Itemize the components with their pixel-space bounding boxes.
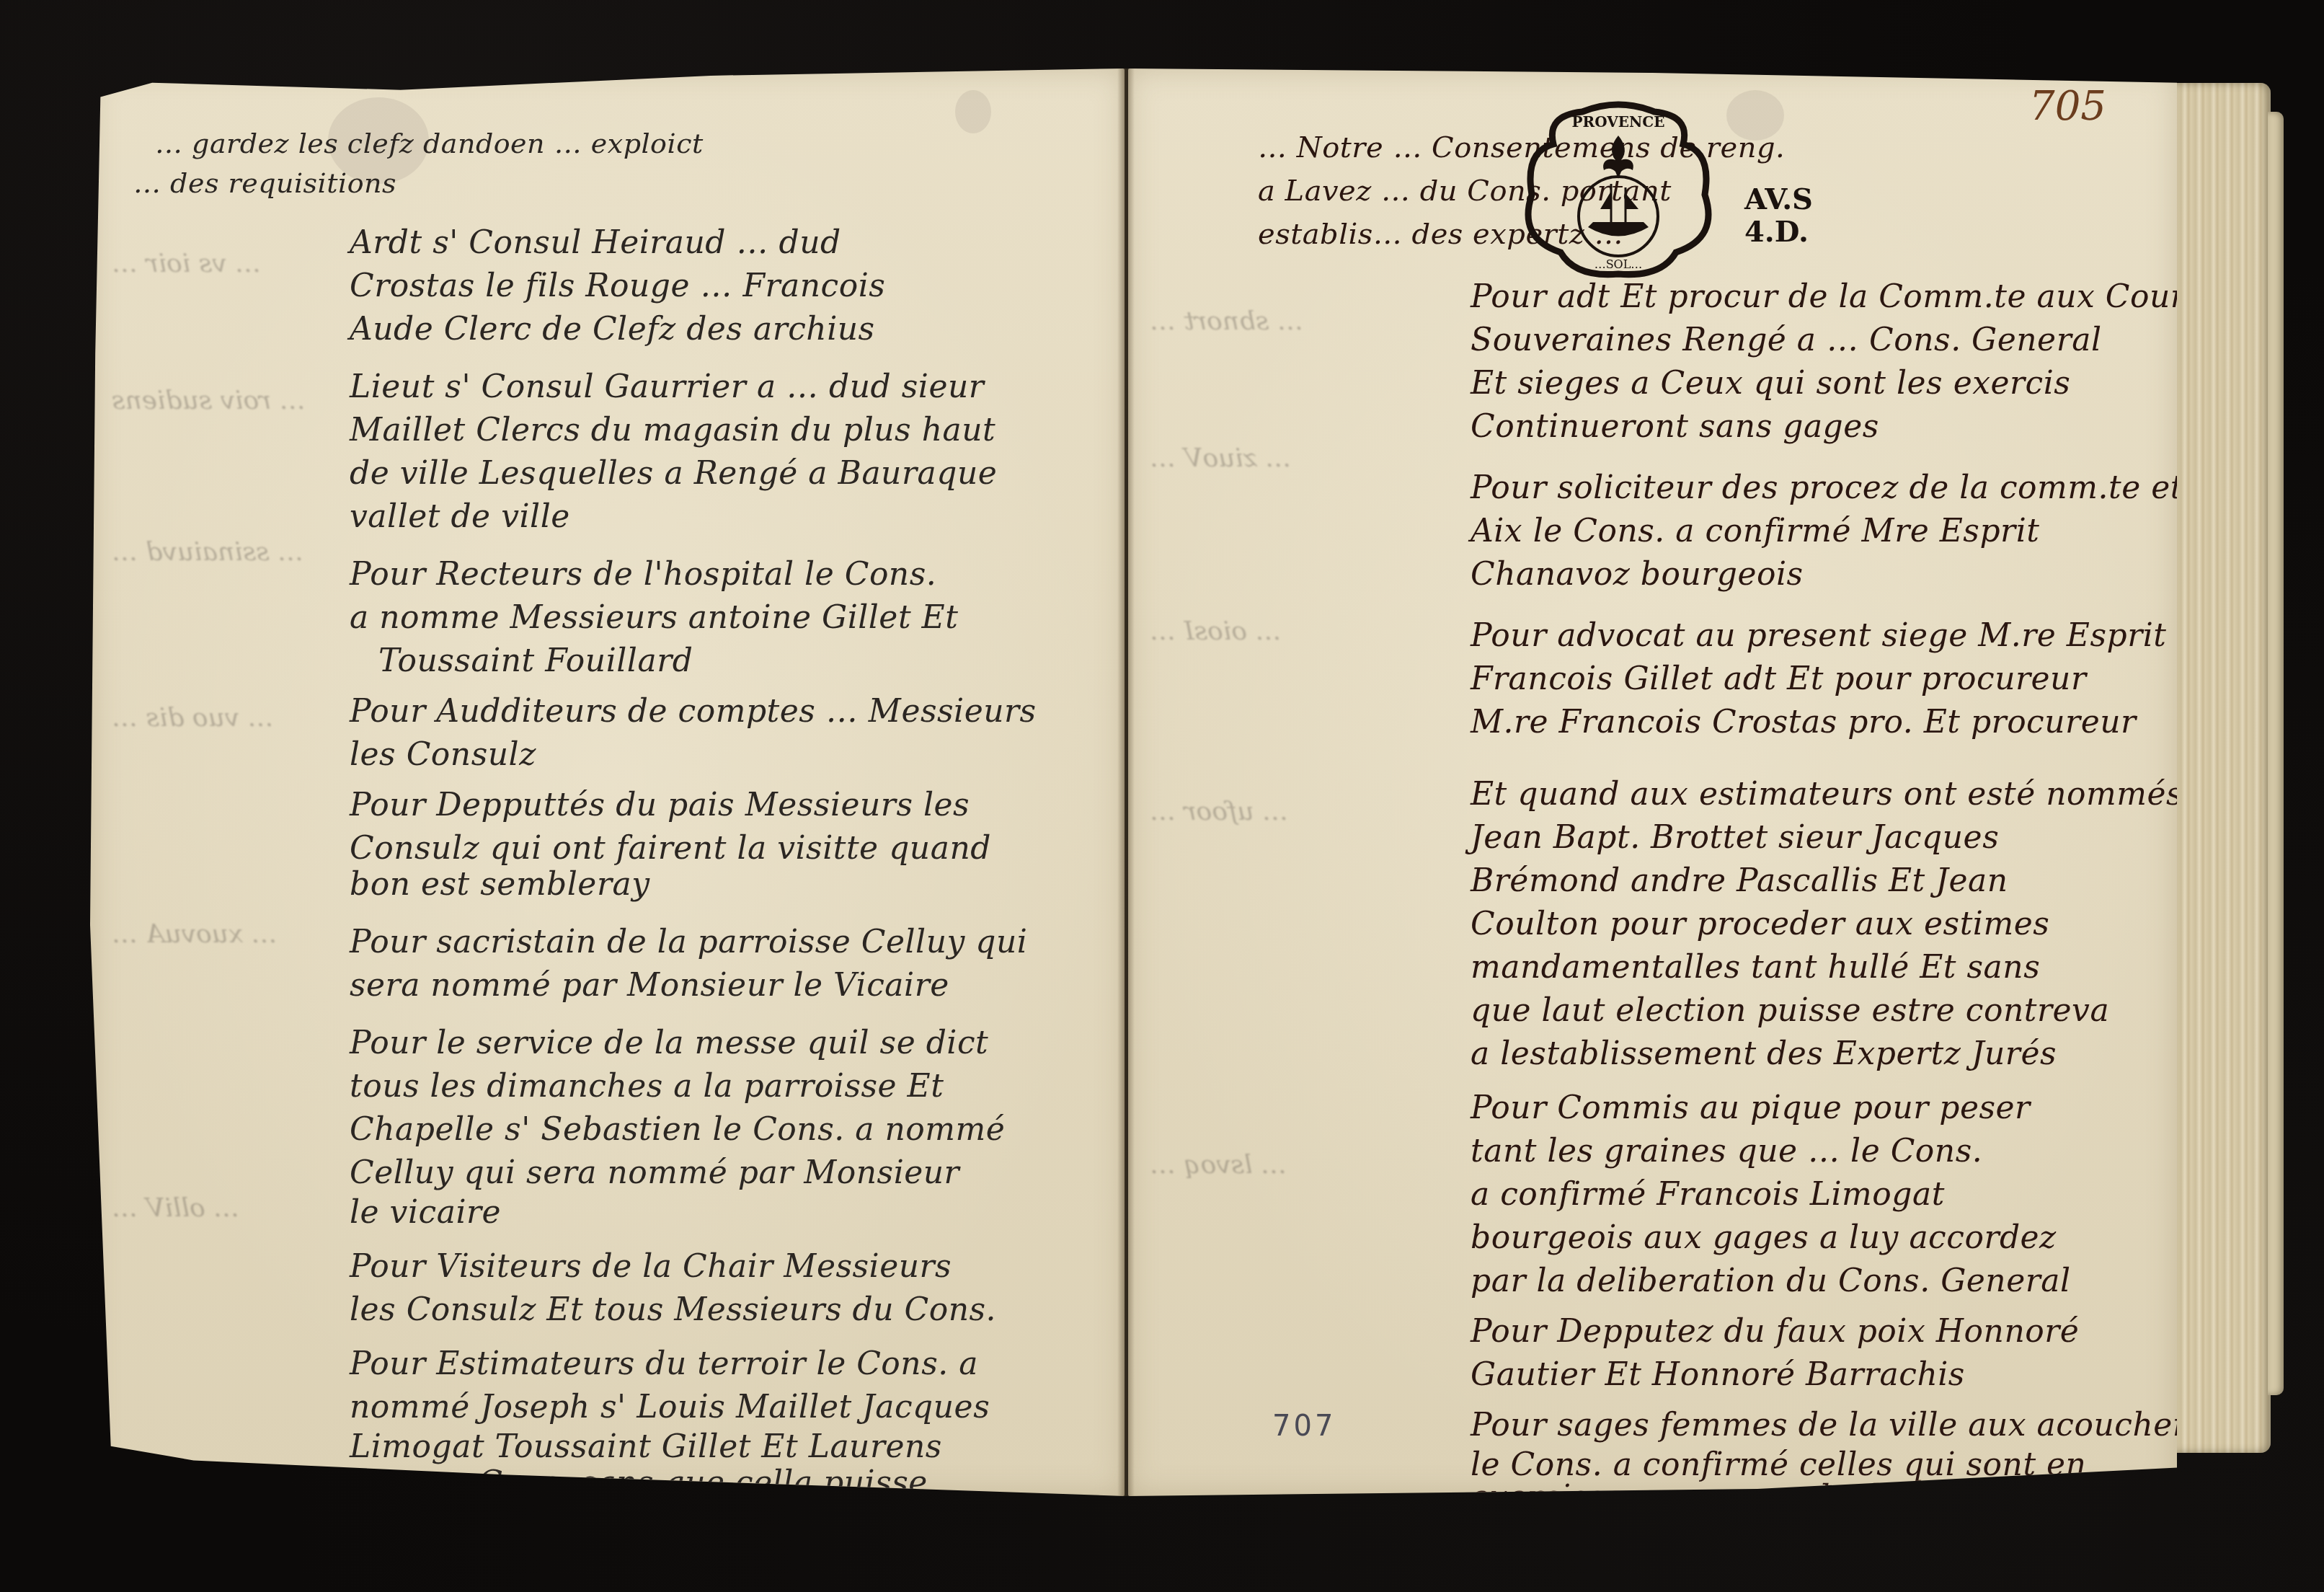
text-line: Pour Recteurs de l'hospital le Cons.	[350, 559, 936, 591]
text-line: Pour sages femmes de la ville aux acouch…	[1471, 1410, 2214, 1441]
text-line: Aude Clerc de Clefz des archius	[350, 314, 875, 345]
svg-text:…SOL…: …SOL…	[1595, 257, 1643, 271]
pencil-folio-number: 707	[1272, 1410, 1336, 1443]
text-line: Maillet Clercs du magasin du plus haut	[350, 415, 995, 446]
text-line: tant les graines que … le Cons.	[1471, 1136, 1982, 1167]
open-register-book: … vs ioir … … roiv sudiens … ssinaiuvd ……	[90, 68, 2271, 1496]
text-line: Pour Depputez du faux poix Honnoré	[1471, 1316, 2079, 1348]
bleed-text: … ufoor …	[1150, 797, 1288, 826]
bleed-text: … roiv sudiens	[112, 386, 306, 415]
text-line: bourgeois aux gages a luy accordez	[1471, 1222, 2057, 1254]
folio-number: 705	[2029, 83, 2106, 130]
text-line: Pour le service de la messe quil se dict	[350, 1027, 988, 1059]
left-page: … vs ioir … … roiv sudiens … ssinaiuvd ……	[90, 68, 1125, 1496]
text-line: Gautier Et Honnoré Barrachis	[1471, 1359, 1965, 1391]
text-line: Pour advocat au present siege M.re Espri…	[1471, 620, 2167, 652]
page-stack-edge	[2177, 83, 2271, 1453]
text-line: par la deliberation du Cons. General	[1471, 1265, 2071, 1297]
bleed-text: … vuo dis …	[112, 703, 274, 733]
paper-stain	[955, 90, 991, 133]
text-line: Arnoux Cons. sans que cella puisse	[350, 1467, 928, 1499]
text-line: Pour adt Et procur de la Comm.te aux Cou…	[1471, 281, 2202, 313]
text-line: mandamentalles tant hullé Et sans	[1471, 952, 2040, 983]
text-line: a nomme Messieurs antoine Gillet Et	[350, 602, 958, 634]
stamp-seal-icon: PROVENCE …SOL…	[1503, 101, 1734, 281]
text-line: tous les dimanches a la parroisse Et	[350, 1071, 944, 1102]
text-line: Francois Gillet adt Et pour procureur	[1471, 663, 2086, 695]
text-line: Pour Commis au pique pour peser	[1471, 1092, 2031, 1124]
text-line: nommé Joseph s' Louis Maillet Jacques	[350, 1392, 990, 1423]
bleed-text: … oiosI …	[1150, 616, 1281, 646]
text-line: Pour Visiteurs de la Chair Messieurs	[350, 1251, 952, 1283]
text-line: Ardt s' Consul Heiraud … dud	[350, 227, 841, 259]
text-line: Et quand aux estimateurs ont esté nommés	[1471, 779, 2183, 810]
text-line: Pour sacristain de la parroisse Celluy q…	[350, 927, 1027, 958]
text-line: Coulton pour proceder aux estimes	[1471, 908, 2049, 940]
text-line: Pour soliciteur des procez de la comm.te…	[1471, 472, 2183, 504]
bleed-text: … ssinaiuvd …	[112, 537, 303, 567]
text-line: Aix le Cons. a confirmé Mre Esprit	[1471, 516, 2039, 547]
bleed-text: … xuovuA …	[112, 919, 278, 949]
bleed-text: … ziuoV …	[1150, 443, 1291, 473]
text-line: Souveraines Rengé a … Cons. General	[1471, 324, 2102, 356]
text-line: le vicaire	[350, 1197, 501, 1229]
text-line: que laut election puisse estre contreva	[1471, 995, 2109, 1027]
text-line: Crostas le fils Rouge … Francois	[350, 270, 885, 302]
bleed-text: … olliV …	[112, 1193, 239, 1223]
text-line: les Consulz Et tous Messieurs du Cons.	[350, 1294, 996, 1326]
text-line: Pour Depputtés du pais Messieurs les	[350, 790, 970, 821]
text-line: Lieut s' Consul Gaurrier a … dud sieur	[350, 371, 984, 403]
text-line: Chapelle s' Sebastien le Cons. a nommé	[350, 1114, 1005, 1146]
text-line: M.re Francois Crostas pro. Et procureur	[1471, 707, 2137, 738]
text-line: sera nommé par Monsieur le Vicaire	[350, 970, 949, 1001]
text-line: vallet de ville	[350, 501, 570, 533]
text-line: le Cons. a confirmé celles qui sont en	[1471, 1449, 2086, 1481]
stamp-value-line: 4.D.	[1744, 216, 1809, 248]
bleed-text: … sbnort …	[1150, 306, 1303, 336]
text-line: Brémond andre Pascallis Et Jean	[1471, 865, 2008, 897]
text-line: Celluy qui sera nommé par Monsieur	[350, 1157, 959, 1189]
stamp-value-line: AV.S	[1744, 184, 1813, 216]
text-line: les Consulz	[350, 739, 536, 771]
book-gutter	[1117, 68, 1135, 1496]
text-line: Toussaint Fouillard	[378, 645, 693, 677]
provence-tax-stamp: PROVENCE …SOL…	[1503, 101, 1734, 281]
header-line: … des requisitions	[133, 169, 396, 197]
text-line: Pour Audditeurs de comptes … Messieurs	[350, 696, 1037, 728]
bleed-text: … vs ioir …	[112, 249, 261, 278]
header-line: … gardez les clefz dandoen … exploict	[155, 130, 704, 157]
bleed-text: … lsvoq …	[1150, 1150, 1287, 1180]
text-line: Jean Bapt. Brottet sieur Jacques	[1471, 822, 1999, 854]
text-line: a confirmé Francois Limogat	[1471, 1179, 1945, 1211]
svg-text:PROVENCE: PROVENCE	[1572, 113, 1665, 131]
text-line: de ville Lesquelles a Rengé a Bauraque	[350, 458, 997, 490]
text-line: Consulz qui ont fairent la visitte quand	[350, 833, 991, 864]
text-line: a lestablissement des Expertz Jurés	[1471, 1038, 2057, 1070]
text-line: Limogat Toussaint Gillet Et Laurens	[350, 1431, 942, 1463]
text-line: Continueront sans gages	[1471, 411, 1879, 443]
text-line: Et sieges a Ceux qui sont les exercis	[1471, 368, 2070, 399]
text-line: Chanavoz bourgeois	[1471, 559, 1804, 591]
text-line: Pour Estimateurs du terroir le Cons. a	[350, 1348, 978, 1380]
text-line: bon est sembleray	[350, 869, 650, 901]
right-page: 705 … sbnort … … ziuoV … … oiosI … … ufo…	[1128, 68, 2177, 1496]
